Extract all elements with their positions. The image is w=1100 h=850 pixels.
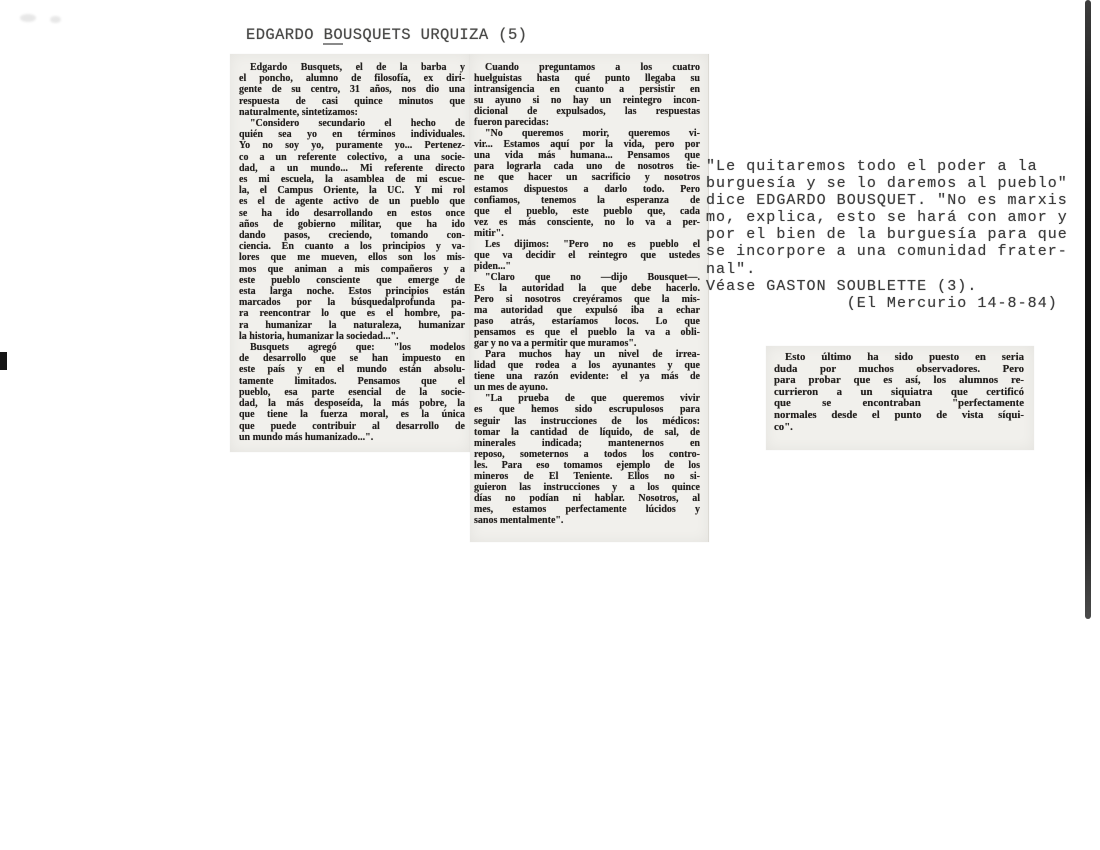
text-line: marcados por la búsquedalprofunda pa- (239, 297, 465, 308)
text-line: dicional de expulsados, las respuestas (474, 106, 700, 117)
scan-smudge (50, 16, 61, 23)
text-line: tomar la cantidad de líquido, de sal, de (474, 427, 700, 438)
text-line: años de gobierno militar, que ha ido (239, 219, 465, 230)
text-line: días no podían ni hablar. Nosotros, al (474, 493, 700, 504)
text-line: Yo no soy yo, puramente yo... Pertenez- (239, 140, 465, 151)
text-line: Esto último ha sido puesto en seria (774, 352, 1024, 364)
text-line: respuesta de casi quince minutos que (239, 96, 465, 107)
text-line: guieron las instrucciones y a los quince (474, 482, 700, 493)
text-line: es el de agente activo de un pueblo que (239, 196, 465, 207)
text-line: que va decidir el reintegro que ustedes (474, 250, 700, 261)
text-line: pueblo, esa parte esencial de la socie- (239, 387, 465, 398)
text-line: lores que me mueven, ellos son los mis- (239, 252, 465, 263)
text-line: naturalmente, sintetizamos: (239, 107, 465, 118)
paragraph: Les dijimos: "Pero no es pueblo elque va… (474, 239, 700, 272)
text-line: quién sea yo en términos individuales. (239, 129, 465, 140)
text-line: su ayuno si no hay un reintegro incon- (474, 95, 700, 106)
paragraph: Busquets agregó que: "los modelosde desa… (239, 342, 465, 443)
text-line: ciencia. En cuanto a los principios y va… (239, 241, 465, 252)
text-line: es que hemos sido escrupulosos para (474, 404, 700, 415)
text-line: minerales indicada; mantenernos en (474, 438, 700, 449)
text-line: "Claro que no —dijo Bousquet—. (474, 272, 700, 283)
text-line: huelguistas hasta qué punto llegaba su (474, 73, 700, 84)
news-column-middle: Cuando preguntamos a los cuatrohuelguist… (474, 62, 700, 526)
text-line: fueron parecidas: (474, 117, 700, 128)
text-line: intransigencia en cuanto a persistir en (474, 84, 700, 95)
paragraph: "No queremos morir, queremos vi-vir... E… (474, 128, 700, 238)
text-line: que tiene la fuerza moral, es la única (239, 409, 465, 420)
paragraph: "La prueba de que queremos vivires que h… (474, 393, 700, 526)
typed-line: se incorpore a una comunidad frater- (706, 243, 1068, 260)
text-line: dad, a un mundo... Mi referente directo (239, 163, 465, 174)
scan-artifact-edge-bar (1085, 0, 1091, 619)
typed-line: "Le quitaremos todo el poder a la (706, 158, 1068, 175)
text-line: que puede contribuir al desarrollo de (239, 421, 465, 432)
text-line: "Considero secundario el hecho de (239, 118, 465, 129)
text-line: Es la autoridad la que debe hacerlo. (474, 283, 700, 294)
text-line: reposo, someternos a todos los contro- (474, 449, 700, 460)
typed-line: dice EDGARDO BOUSQUET. "No es marxis (706, 192, 1068, 209)
text-line: este país y en el mundo están absolu- (239, 364, 465, 375)
text-line: Pero si nosotros creyéramos que la mis- (474, 294, 700, 305)
text-line: tiene una razón evidente: el ya más de (474, 371, 700, 382)
text-line: piden..." (474, 261, 700, 272)
text-line: este pueblo consciente que emerge de (239, 275, 465, 286)
text-line: Edgardo Busquets, el de la barba y (239, 62, 465, 73)
text-line: tamente limitados. Pensamos que el (239, 376, 465, 387)
text-line: un mundo más humanizado...". (239, 432, 465, 443)
text-line: se ha ido desarrollando en estos once (239, 208, 465, 219)
text-line: ra reencontrar lo que es el hombre, pa- (239, 308, 465, 319)
paragraph: "Considero secundario el hecho dequién s… (239, 118, 465, 342)
text-line: sanos mentalmente". (474, 515, 700, 526)
text-line: la historia, humanizar la sociedad...". (239, 331, 465, 342)
paragraph: Esto último ha sido puesto en seriaduda … (774, 352, 1024, 433)
text-line: dando pasos, creciendo, tomando con- (239, 230, 465, 241)
typed-line: por el bien de la burguesía para que (706, 226, 1068, 243)
text-line: normales desde el punto de vista síqui- (774, 410, 1024, 422)
text-line: dad, la más desposeída, la más pobre, la (239, 398, 465, 409)
text-line: pensamos es que el pueblo la va a obli- (474, 327, 700, 338)
typed-line: mo, explica, esto se hará con amor y (706, 209, 1068, 226)
text-line: mes, estamos perfectamente lúcidos y (474, 504, 700, 515)
text-line: esta larga noche. Estos principios están (239, 286, 465, 297)
text-line: mos que animan a mis compañeros y a (239, 264, 465, 275)
text-line: "La prueba de que queremos vivir (474, 393, 700, 404)
text-line: seguir las instrucciones de los médicos: (474, 416, 700, 427)
text-line: Para muchos hay un nivel de irrea- (474, 349, 700, 360)
text-line: mineros de El Teniente. Ellos no si- (474, 471, 700, 482)
text-line: co". (774, 422, 1024, 434)
text-line: confiamos, tenemos la esperanza de (474, 195, 700, 206)
text-line: ma autoridad que expulsó iba a echar (474, 305, 700, 316)
text-line: Les dijimos: "Pero no es pueblo el (474, 239, 700, 250)
typed-line: nal". (706, 261, 1068, 278)
text-line: vir... Estamos aquí por la vida, pero po… (474, 139, 700, 150)
text-line: mitir". (474, 228, 700, 239)
typed-line: Véase GASTON SOUBLETTE (3). (706, 278, 1068, 295)
text-line: paso atrás, estaríamos locos. Lo que (474, 316, 700, 327)
text-line: de desarrollo que se han impuesto en (239, 353, 465, 364)
text-line: es mi escuela, la asamblea de mi escue- (239, 174, 465, 185)
text-line: vez es más consciente, no lo va a per- (474, 217, 700, 228)
paragraph: "Claro que no —dijo Bousquet—.Es la auto… (474, 272, 700, 349)
text-line: gente de su centro, 31 años, nos dio una (239, 84, 465, 95)
text-line: co a un referente colectivo, a una socie… (239, 152, 465, 163)
news-clipping-secondary-text: Esto último ha sido puesto en seriaduda … (774, 352, 1024, 433)
text-line: el poncho, alumno de filosofía, ex diri- (239, 73, 465, 84)
text-line: ra humanizar la naturaleza, humanizar (239, 320, 465, 331)
text-line: la, el Campus Oriente, la UC. Y mi rol (239, 185, 465, 196)
typed-line: (El Mercurio 14-8-84) (706, 295, 1068, 312)
text-line: que el pueblo, este pueblo que, cada (474, 206, 700, 217)
text-line: estamos dispuestos a darlo todo. Pero (474, 184, 700, 195)
text-line: gar y no va a permitir que muramos". (474, 338, 700, 349)
page-title: EDGARDO BOUSQUETS URQUIZA (5) (246, 26, 527, 44)
text-line: "No queremos morir, queremos vi- (474, 128, 700, 139)
underline-mark (323, 43, 343, 45)
typed-annotation: "Le quitaremos todo el poder a laburgues… (706, 158, 1068, 312)
scan-smudge (20, 14, 36, 22)
text-line: Cuando preguntamos a los cuatro (474, 62, 700, 73)
text-line: Busquets agregó que: "los modelos (239, 342, 465, 353)
news-column-left: Edgardo Busquets, el de la barba yel pon… (239, 62, 465, 443)
paragraph: Para muchos hay un nivel de irrea-lidad … (474, 349, 700, 393)
typed-line: burguesía y se lo daremos al pueblo" (706, 175, 1068, 192)
paragraph: Cuando preguntamos a los cuatrohuelguist… (474, 62, 700, 128)
scan-artifact-edge-mark (0, 352, 7, 370)
text-line: un mes de ayuno. (474, 382, 700, 393)
text-line: les. Para eso tomamos ejemplo de los (474, 460, 700, 471)
text-line: una vida más humana... Pensamos que (474, 150, 700, 161)
text-line: ne que hacer un sacrificio y nosotros (474, 172, 700, 183)
text-line: para lograrla cada uno de nosotros tie- (474, 161, 700, 172)
paragraph: Edgardo Busquets, el de la barba yel pon… (239, 62, 465, 118)
text-line: lidad que rodea a los ayunantes y que (474, 360, 700, 371)
